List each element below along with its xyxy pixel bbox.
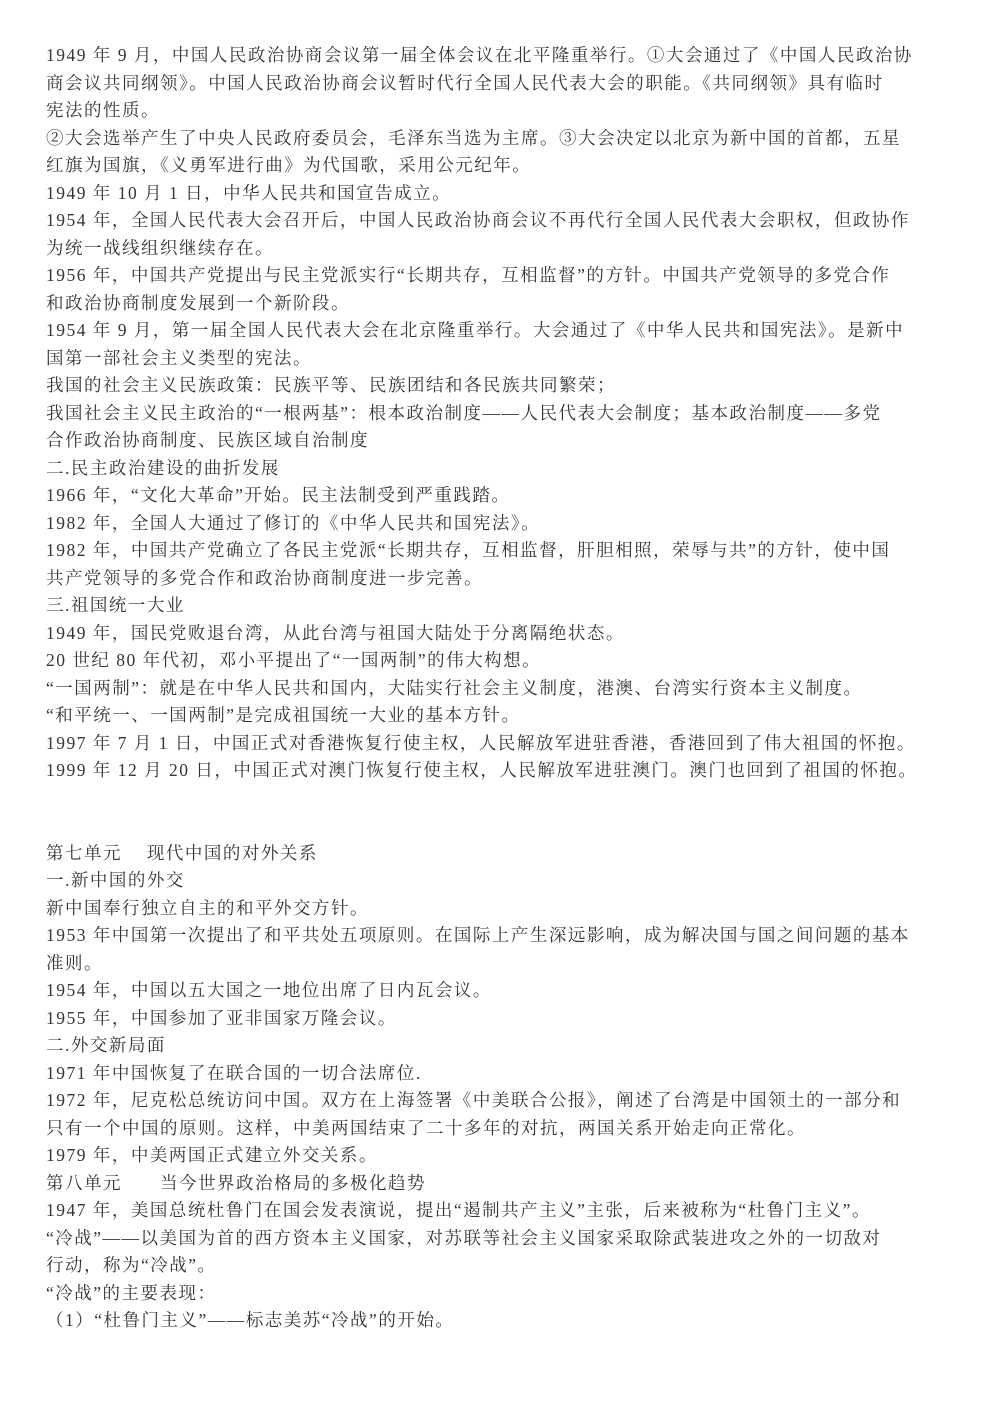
text-line [46,785,962,813]
text-line: 1955 年，中国参加了亚非国家万隆会议。 [46,1005,962,1033]
text-line: 我国社会主义民主政治的“一根两基”：根本政治制度——人民代表大会制度；基本政治制… [46,400,962,428]
text-line: 1949 年 10 月 1 日，中华人民共和国宣告成立。 [46,180,962,208]
text-line: “冷战”——以美国为首的西方资本主义国家，对苏联等社会主义国家采取除武装进攻之外… [46,1225,962,1253]
text-line: 1949 年 9 月，中国人民政治协商会议第一届全体会议在北平隆重举行。①大会通… [46,42,962,70]
text-line: 宪法的性质。 [46,97,962,125]
text-line: （1）“杜鲁门主义”——标志美苏“冷战”的开始。 [46,1307,962,1335]
text-line: 1972 年，尼克松总统访问中国。双方在上海签署《中美联合公报》，阐述了台湾是中… [46,1087,962,1115]
text-line: 20 世纪 80 年代初，邓小平提出了“一国两制”的伟大构想。 [46,647,962,675]
text-line: 1949 年，国民党败退台湾，从此台湾与祖国大陆处于分离隔绝状态。 [46,620,962,648]
text-line: 和政治协商制度发展到一个新阶段。 [46,290,962,318]
text-line: “冷战”的主要表现： [46,1280,962,1308]
text-line: 1979 年，中美两国正式建立外交关系。 [46,1142,962,1170]
text-line: 新中国奉行独立自主的和平外交方针。 [46,895,962,923]
text-line: 只有一个中国的原则。这样，中美两国结束了二十多年的对抗，两国关系开始走向正常化。 [46,1115,962,1143]
text-line: 一.新中国的外交 [46,867,962,895]
text-line: 1966 年，“文化大革命”开始。民主法制受到严重践踏。 [46,482,962,510]
document-text: 1949 年 9 月，中国人民政治协商会议第一届全体会议在北平隆重举行。①大会通… [46,42,962,1335]
text-line: “一国两制”：就是在中华人民共和国内，大陆实行社会主义制度，港澳、台湾实行资本主… [46,675,962,703]
text-line: 三.祖国统一大业 [46,592,962,620]
text-line: 行动，称为“冷战”。 [46,1252,962,1280]
text-line: 1953 年中国第一次提出了和平共处五项原则。在国际上产生深远影响，成为解决国与… [46,922,962,950]
text-line: 商会议共同纲领》。中国人民政治协商会议暂时代行全国人民代表大会的职能。《共同纲领… [46,70,962,98]
text-line: 1954 年，全国人民代表大会召开后，中国人民政治协商会议不再代行全国人民代表大… [46,207,962,235]
text-line: 准则。 [46,950,962,978]
text-line: 国第一部社会主义类型的宪法。 [46,345,962,373]
text-line: ②大会选举产生了中央人民政府委员会，毛泽东当选为主席。③大会决定以北京为新中国的… [46,125,962,153]
text-line: 1982 年，中国共产党确立了各民主党派“长期共存，互相监督，肝胆相照，荣辱与共… [46,537,962,565]
text-line: 为统一战线组织继续存在。 [46,235,962,263]
text-line: 合作政治协商制度、民族区域自治制度 [46,427,962,455]
text-line: 二.外交新局面 [46,1032,962,1060]
text-line: 1954 年 9 月，第一届全国人民代表大会在北京隆重举行。大会通过了《中华人民… [46,317,962,345]
text-line: 第八单元 当今世界政治格局的多极化趋势 [46,1170,962,1198]
document-page: 1949 年 9 月，中国人民政治协商会议第一届全体会议在北平隆重举行。①大会通… [0,0,992,1403]
text-line: 1997 年 7 月 1 日，中国正式对香港恢复行使主权，人民解放军进驻香港，香… [46,730,962,758]
text-line [46,812,962,840]
text-line: 1982 年，全国人大通过了修订的《中华人民共和国宪法》。 [46,510,962,538]
text-line: 1956 年，中国共产党提出与民主党派实行“长期共存，互相监督”的方针。中国共产… [46,262,962,290]
text-line: 二.民主政治建设的曲折发展 [46,455,962,483]
text-line: 1954 年，中国以五大国之一地位出席了日内瓦会议。 [46,977,962,1005]
text-line: 1999 年 12 月 20 日，中国正式对澳门恢复行使主权，人民解放军进驻澳门… [46,757,962,785]
text-line: 红旗为国旗，《义勇军进行曲》为代国歌，采用公元纪年。 [46,152,962,180]
text-line: 第七单元 现代中国的对外关系 [46,840,962,868]
text-line: 我国的社会主义民族政策：民族平等、民族团结和各民族共同繁荣； [46,372,962,400]
text-line: “和平统一、一国两制”是完成祖国统一大业的基本方针。 [46,702,962,730]
text-line: 1971 年中国恢复了在联合国的一切合法席位. [46,1060,962,1088]
text-line: 共产党领导的多党合作和政治协商制度进一步完善。 [46,565,962,593]
text-line: 1947 年，美国总统杜鲁门在国会发表演说，提出“遏制共产主义”主张，后来被称为… [46,1197,962,1225]
